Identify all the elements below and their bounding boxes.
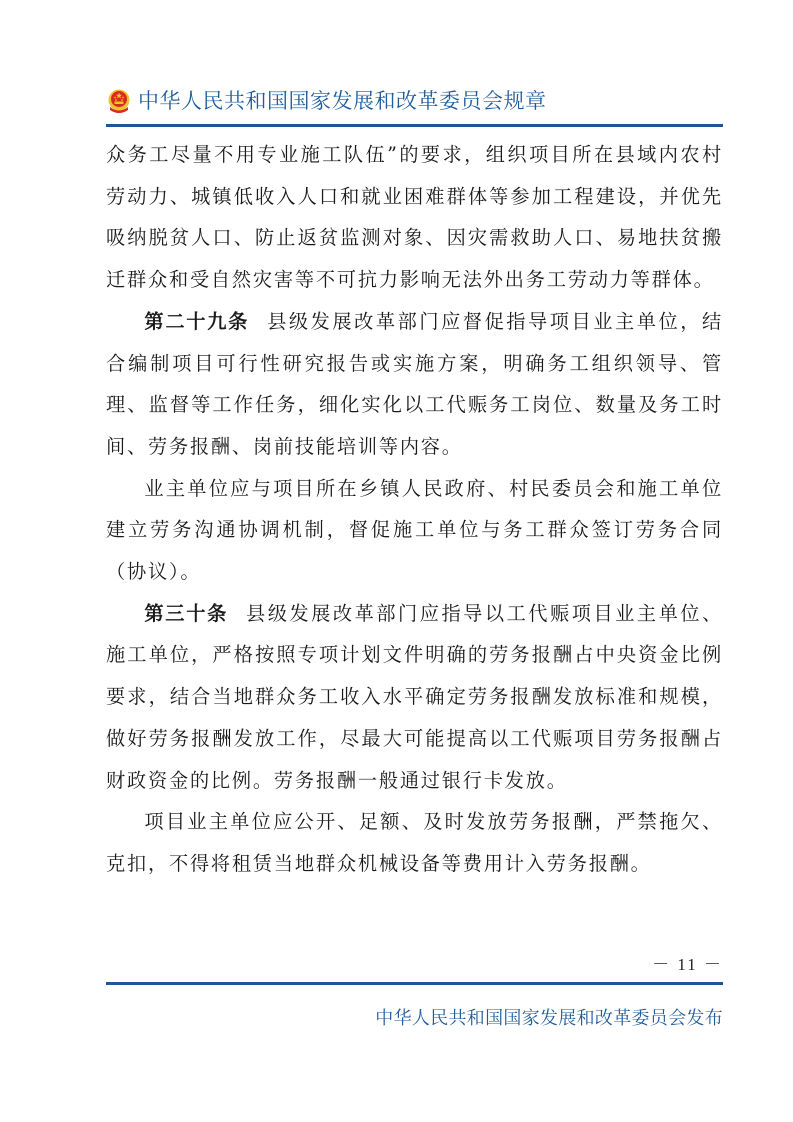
paragraph-text: 业主单位应与项目所在乡镇人民政府、村民委员会和施工单位建立劳务沟通协调机制，督促…	[106, 477, 723, 583]
article-29-paragraph: 第二十九条县级发展改革部门应督促指导项目业主单位，结合编制项目可行性研究报告或实…	[106, 301, 723, 468]
footer-publisher: 中华人民共和国国家发展和改革委员会发布	[375, 1004, 723, 1030]
paragraph: 业主单位应与项目所在乡镇人民政府、村民委员会和施工单位建立劳务沟通协调机制，督促…	[106, 468, 723, 593]
paragraph: 众务工尽量不用专业施工队伍”的要求，组织项目所在县域内农村劳动力、城镇低收入人口…	[106, 134, 723, 301]
header-title: 中华人民共和国国家发展和改革委员会规章	[138, 88, 547, 114]
paragraph-text: 众务工尽量不用专业施工队伍”的要求，组织项目所在县域内农村劳动力、城镇低收入人口…	[106, 143, 723, 291]
article-heading: 第三十条	[144, 602, 228, 625]
national-emblem-icon	[106, 88, 132, 114]
document-body: 众务工尽量不用专业施工队伍”的要求，组织项目所在县域内农村劳动力、城镇低收入人口…	[106, 134, 723, 885]
page-number: － 11 －	[652, 950, 723, 975]
footer-divider	[106, 982, 723, 985]
paragraph-text: 县级发展改革部门应指导以工代赈项目业主单位、施工单位，严格按照专项计划文件明确的…	[106, 602, 723, 792]
paragraph: 项目业主单位应公开、足额、及时发放劳务报酬，严禁拖欠、克扣，不得将租赁当地群众机…	[106, 801, 723, 884]
paragraph-text: 项目业主单位应公开、足额、及时发放劳务报酬，严禁拖欠、克扣，不得将租赁当地群众机…	[106, 810, 723, 875]
page-header: 中华人民共和国国家发展和改革委员会规章	[106, 88, 547, 114]
article-30-paragraph: 第三十条县级发展改革部门应指导以工代赈项目业主单位、施工单位，严格按照专项计划文…	[106, 593, 723, 802]
article-heading: 第二十九条	[144, 310, 249, 333]
header-divider	[106, 124, 723, 127]
